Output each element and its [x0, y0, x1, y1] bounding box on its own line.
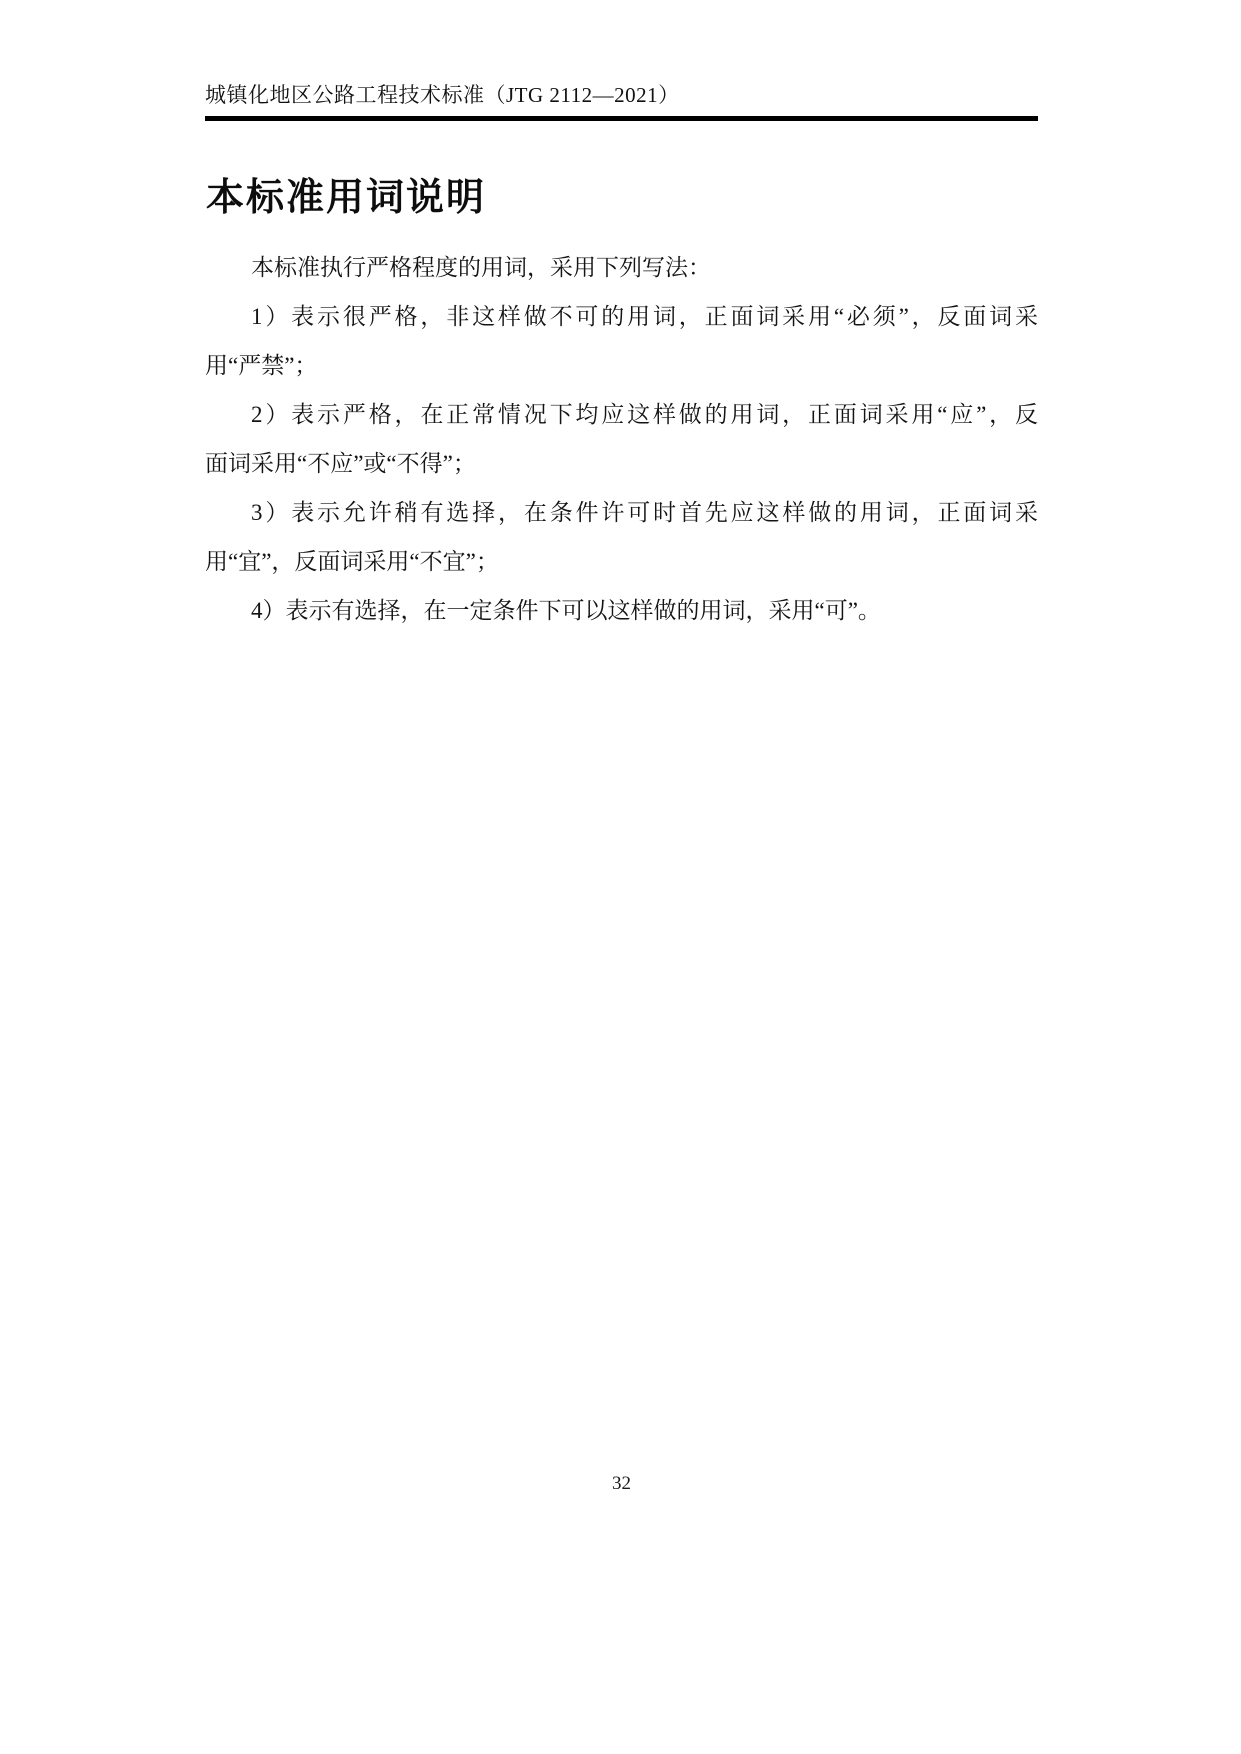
- document-header: 城镇化地区公路工程技术标准（JTG 2112—2021）: [205, 82, 1038, 121]
- document-footer: 32: [205, 1472, 1038, 1496]
- section-body: 本标准执行严格程度的用词，采用下列写法： 1）表示很严格，非这样做不可的用词，正…: [205, 243, 1038, 635]
- body-line-item3-b: 用“宜”，反面词采用“不宜”；: [205, 537, 1038, 586]
- body-line-item4: 4）表示有选择，在一定条件下可以这样做的用词，采用“可”。: [205, 586, 1038, 635]
- body-line-item1-b: 用“严禁”；: [205, 341, 1038, 390]
- running-header-title: 城镇化地区公路工程技术标准（JTG 2112—2021）: [205, 82, 1038, 108]
- body-line-item2-a: 2）表示严格，在正常情况下均应这样做的用词，正面词采用“应”，反: [205, 390, 1038, 439]
- body-line-item3-a: 3）表示允许稍有选择，在条件许可时首先应这样做的用词，正面词采: [205, 488, 1038, 537]
- section-title: 本标准用词说明: [206, 176, 486, 220]
- document-page: 城镇化地区公路工程技术标准（JTG 2112—2021） 本标准用词说明 本标准…: [0, 0, 1241, 1754]
- body-line-item1-a: 1）表示很严格，非这样做不可的用词，正面词采用“必须”，反面词采: [205, 292, 1038, 341]
- header-divider: [205, 116, 1038, 121]
- body-line-intro: 本标准执行严格程度的用词，采用下列写法：: [205, 243, 1038, 292]
- body-line-item2-b: 面词采用“不应”或“不得”；: [205, 439, 1038, 488]
- page-number: 32: [612, 1472, 631, 1496]
